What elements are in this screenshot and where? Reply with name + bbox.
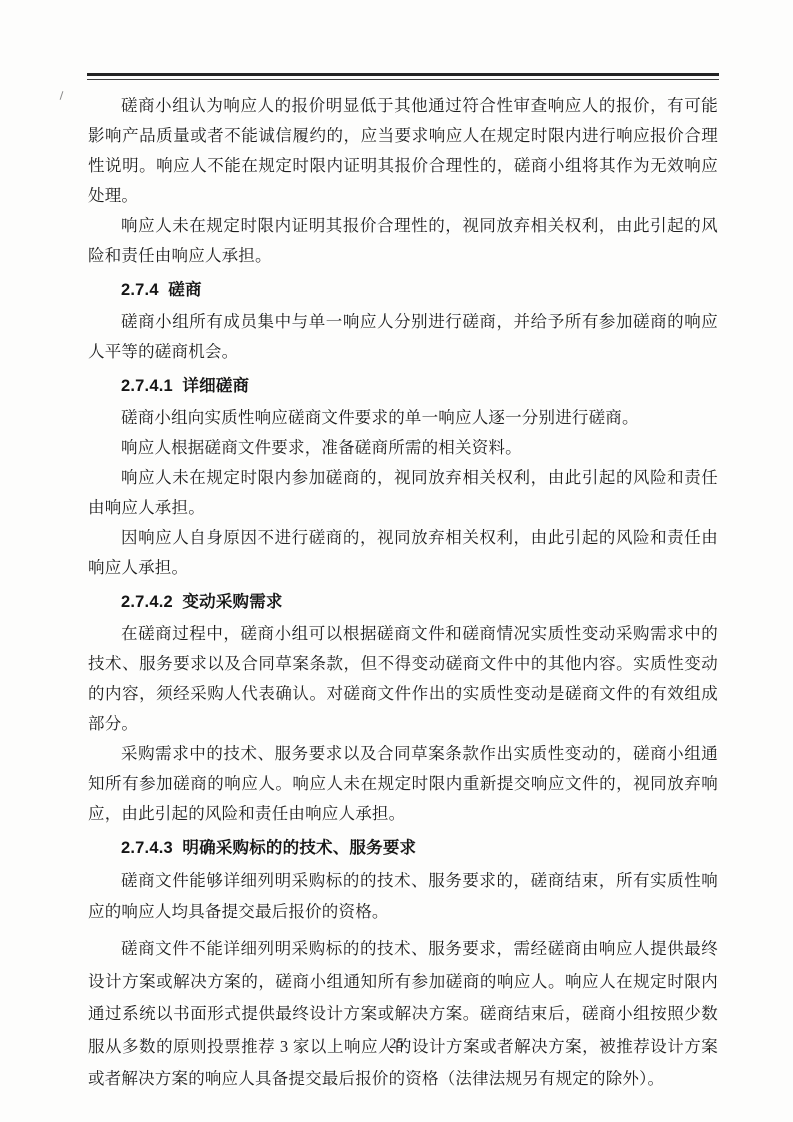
page-number: 25	[0, 1036, 793, 1053]
paragraph-prepare-materials: 响应人根据磋商文件要求，准备磋商所需的相关资料。	[88, 433, 718, 463]
paragraph-resubmit-response: 采购需求中的技术、服务要求以及合同草案条款作出实质性变动的，磋商小组通知所有参加…	[88, 739, 718, 829]
document-page: 磋商小组认为响应人的报价明显低于其他通过符合性审查响应人的报价，有可能影响产品质…	[0, 0, 793, 1122]
paragraph-detailed-negotiation: 磋商小组向实质性响应磋商文件要求的单一响应人逐一分别进行磋商。	[88, 403, 718, 433]
section-heading-2-7-4-1: 2.7.4.1 详细磋商	[88, 371, 718, 401]
paragraph-detailed-requirements: 磋商文件能够详细列明采购标的的技术、服务要求的，磋商结束，所有实质性响应的响应人…	[88, 865, 718, 927]
paragraph-equal-negotiation: 磋商小组所有成员集中与单一响应人分别进行磋商，并给予所有参加磋商的响应人平等的磋…	[88, 307, 718, 367]
paragraph-waiver-of-rights: 响应人未在规定时限内证明其报价合理性的，视同放弃相关权利，由此引起的风险和责任由…	[88, 211, 718, 271]
header-double-rule	[87, 73, 719, 80]
paragraph-self-caused-absence: 因响应人自身原因不进行磋商的，视同放弃相关权利，由此引起的风险和责任由响应人承担…	[88, 523, 718, 583]
paragraph-quote-reasonableness: 磋商小组认为响应人的报价明显低于其他通过符合性审查响应人的报价，有可能影响产品质…	[88, 91, 718, 211]
paragraph-final-design-scheme: 磋商文件不能详细列明采购标的的技术、服务要求，需经磋商由响应人提供最终设计方案或…	[88, 933, 718, 1096]
paragraph-substantive-changes: 在磋商过程中，磋商小组可以根据磋商文件和磋商情况实质性变动采购需求中的技术、服务…	[88, 619, 718, 739]
paragraph-absent-negotiation: 响应人未在规定时限内参加磋商的，视同放弃相关权利，由此引起的风险和责任由响应人承…	[88, 463, 718, 523]
section-heading-2-7-4-2: 2.7.4.2 变动采购需求	[88, 587, 718, 617]
section-heading-2-7-4: 2.7.4 磋商	[88, 275, 718, 305]
section-heading-2-7-4-3: 2.7.4.3 明确采购标的的技术、服务要求	[88, 833, 718, 863]
scan-speck	[60, 91, 64, 100]
document-body: 磋商小组认为响应人的报价明显低于其他通过符合性审查响应人的报价，有可能影响产品质…	[88, 91, 718, 1096]
